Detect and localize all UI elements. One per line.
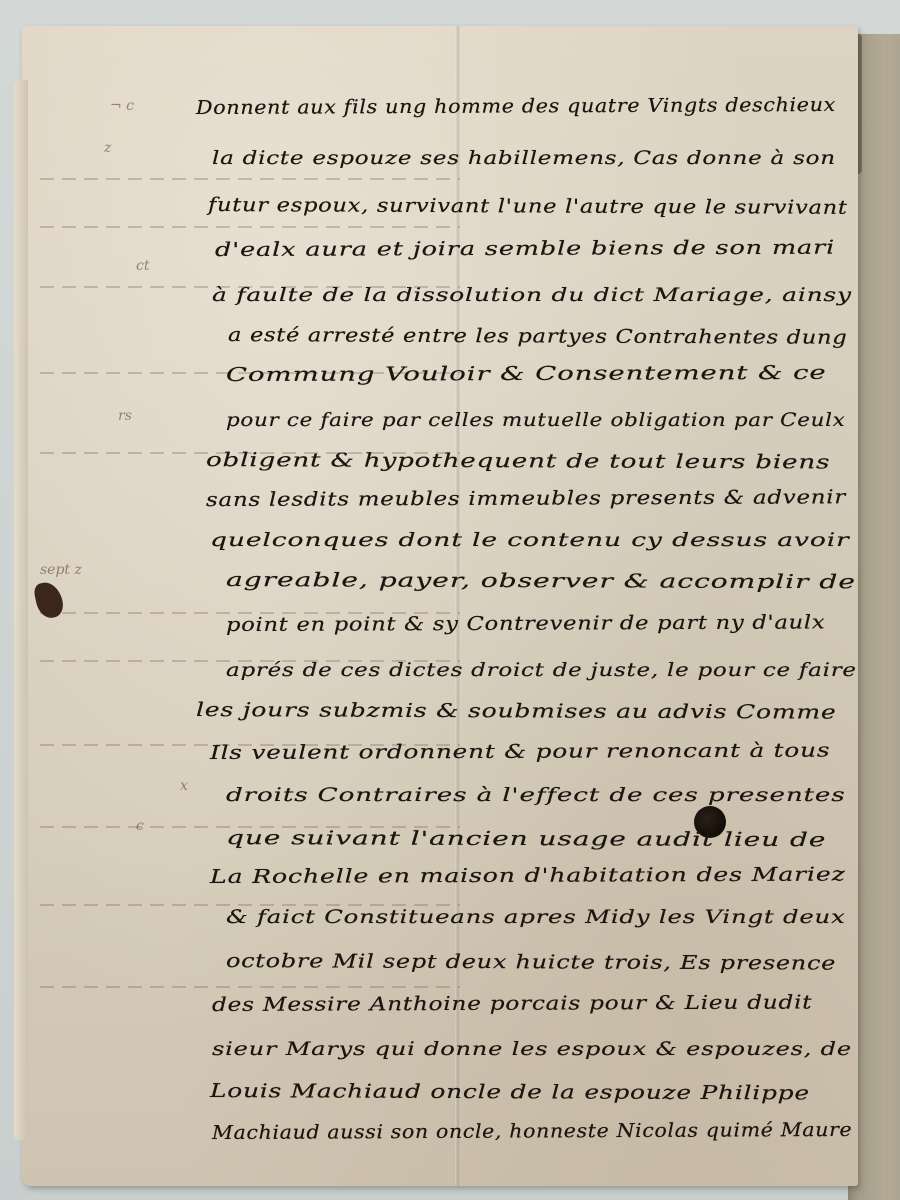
margin-mark: ct (136, 258, 149, 274)
manuscript-line: futur espoux, survivant l'une l'autre qu… (208, 194, 848, 219)
manuscript-line: Commung Vouloir & Consentement & ce (226, 362, 827, 386)
manuscript-line: à faulte de la dissolution du dict Maria… (212, 284, 852, 306)
manuscript-line: droits Contraires à l'effect de ces pres… (226, 784, 846, 806)
manuscript-line: pour ce faire par celles mutuelle obliga… (226, 409, 845, 431)
margin-mark: x (180, 778, 188, 794)
manuscript-line: quelconques dont le contenu cy dessus av… (210, 529, 850, 551)
manuscript-line: La Rochelle en maison d'habitation des M… (210, 863, 846, 888)
bleed-through-line (40, 178, 460, 180)
manuscript-line: Louis Machiaud oncle de la espouze Phili… (210, 1080, 810, 1104)
margin-mark: sept z (40, 562, 82, 578)
manuscript-line: des Messire Anthoine porcais pour & Lieu… (212, 991, 812, 1016)
manuscript-line: a esté arresté entre les partyes Contrah… (228, 324, 848, 349)
manuscript-line: sieur Marys qui donne les espoux & espou… (212, 1038, 852, 1060)
manuscript-line: & faict Constitueans apres Midy les Ving… (226, 906, 846, 928)
manuscript-line: Ils veulent ordonnent & pour renoncant à… (210, 740, 830, 764)
manuscript-line: sans lesdits meubles immeubles presents … (206, 486, 846, 511)
manuscript-photo: ¬ czctrssept zxc Donnent aux fils ung ho… (0, 0, 900, 1200)
manuscript-line: aprés de ces dictes droict de juste, le … (226, 659, 857, 681)
manuscript-line: les jours subzmis & soubmises au advis C… (196, 699, 837, 724)
manuscript-line: obligent & hypothequent de tout leurs bi… (206, 449, 830, 473)
manuscript-line: la dicte espouze ses habillemens, Cas do… (212, 147, 836, 169)
manuscript-line: octobre Mil sept deux huicte trois, Es p… (226, 950, 836, 975)
page-curled-edge (14, 80, 28, 1140)
manuscript-line: d'ealx aura et joira semble biens de son… (215, 237, 835, 261)
bleed-through-line (40, 226, 460, 228)
manuscript-line: Machiaud aussi son oncle, honneste Nicol… (212, 1119, 852, 1144)
manuscript-line: Donnent aux fils ung homme des quatre Vi… (196, 94, 836, 119)
margin-mark: z (104, 140, 111, 156)
margin-mark: c (136, 818, 144, 834)
margin-mark: ¬ c (110, 98, 134, 114)
manuscript-line: que suivant l'ancien usage audit lieu de (226, 827, 826, 851)
margin-mark: rs (118, 408, 132, 424)
bleed-through-line (40, 986, 460, 988)
manuscript-line: point en point & sy Contrevenir de part … (226, 611, 825, 636)
manuscript-line: agreable, payer, observer & accomplir de (226, 569, 856, 593)
